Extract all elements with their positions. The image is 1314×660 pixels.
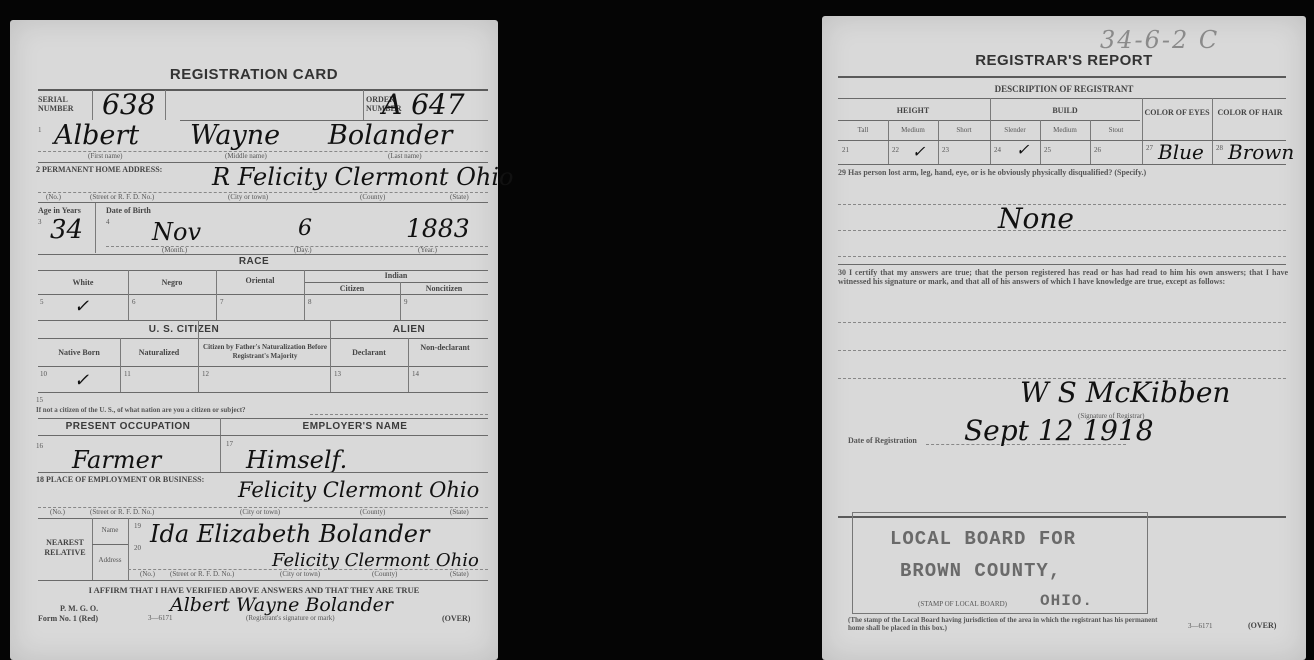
caption: (No.) <box>50 508 65 516</box>
divider <box>92 544 128 545</box>
race-indian-citizen-label: Citizen <box>304 284 400 293</box>
relative-name-label: Name <box>92 526 128 534</box>
field-number: 19 <box>134 522 141 530</box>
race-white-label: White <box>38 278 128 287</box>
native-born-label: Native Born <box>38 348 120 357</box>
serial-number-label: SERIAL NUMBER <box>38 95 86 113</box>
divider <box>128 270 129 320</box>
caption: (Month.) <box>162 246 187 254</box>
divider <box>38 392 488 393</box>
height-medium-checkmark: ✓ <box>912 142 925 161</box>
field-number: 16 <box>36 442 43 450</box>
first-name: Albert <box>54 120 139 151</box>
field-number: 22 <box>892 146 899 154</box>
divider <box>38 580 488 581</box>
divider <box>120 338 121 392</box>
nation-question: If not a citizen of the U. S., of what n… <box>36 406 246 414</box>
order-number-value: A 647 <box>382 88 465 121</box>
divider <box>198 320 199 392</box>
registration-number-stamp: 34-6-2 C <box>1100 26 1219 54</box>
occupation-value: Farmer <box>72 446 161 474</box>
divider <box>216 270 217 320</box>
divider <box>38 202 488 203</box>
divider <box>838 322 1286 323</box>
registration-card-front: REGISTRATION CARD SERIAL NUMBER 638 ORDE… <box>10 20 498 660</box>
divider <box>838 120 1140 121</box>
age-label: Age in Years <box>38 206 81 215</box>
divider <box>838 140 1286 141</box>
height-medium-label: Medium <box>888 126 938 134</box>
alien-heading: ALIEN <box>330 324 488 335</box>
caption: (City or town) <box>240 508 280 516</box>
registrant-signature: Albert Wayne Bolander <box>170 594 393 616</box>
divider <box>304 270 305 320</box>
divider <box>38 418 488 419</box>
height-heading: HEIGHT <box>838 106 988 115</box>
stamp-instructions: (The stamp of the Local Board having jur… <box>848 616 1158 632</box>
birth-year: 1883 <box>406 214 470 243</box>
physical-disqualification-question: 29 Has person lost arm, leg, hand, eye, … <box>838 168 1288 178</box>
first-name-caption: (First name) <box>88 152 122 160</box>
field-number: 28 <box>1216 144 1223 152</box>
build-medium-label: Medium <box>1040 126 1090 134</box>
race-oriental-label: Oriental <box>216 276 304 285</box>
employer-value: Himself. <box>246 446 347 474</box>
divider <box>38 254 488 255</box>
middle-name: Wayne <box>190 120 280 151</box>
caption: (Street or R. F. D. No.) <box>90 508 154 516</box>
caption: (City or town) <box>228 193 268 201</box>
place-of-employment-value: Felicity Clermont Ohio <box>238 478 479 502</box>
divider <box>408 338 409 392</box>
hair-color-value: Brown <box>1228 140 1294 164</box>
nearest-relative-label: NEAREST RELATIVE <box>38 538 92 558</box>
description-heading: DESCRIPTION OF REGISTRANT <box>822 84 1306 94</box>
field-number: 10 <box>40 370 47 378</box>
divider <box>38 472 488 473</box>
height-tall-label: Tall <box>838 126 888 134</box>
divider <box>38 518 488 519</box>
field-number: 26 <box>1094 146 1101 154</box>
field-number: 17 <box>226 440 233 448</box>
registration-date-value: Sept 12 1918 <box>964 414 1154 447</box>
hair-color-heading: COLOR OF HAIR <box>1214 108 1286 117</box>
field-number: 5 <box>40 298 44 306</box>
race-negro-label: Negro <box>128 278 216 287</box>
card-title: REGISTRATION CARD <box>10 66 498 83</box>
us-citizen-heading: U. S. CITIZEN <box>38 324 330 335</box>
birth-month: Nov <box>152 218 201 246</box>
divider <box>838 76 1286 78</box>
field-number: 24 <box>994 146 1001 154</box>
divider <box>165 90 166 120</box>
caption: (Year.) <box>418 246 437 254</box>
divider <box>128 518 129 580</box>
caption: (Day.) <box>294 246 312 254</box>
divider <box>838 230 1286 231</box>
divider <box>38 366 488 367</box>
stamp-caption: (STAMP OF LOCAL BOARD) <box>918 600 1007 608</box>
employer-heading: EMPLOYER'S NAME <box>222 421 488 432</box>
caption: (Street or R. F. D. No.) <box>170 570 234 578</box>
divider <box>1212 98 1213 164</box>
form-line-2: Form No. 1 (Red) <box>38 614 98 623</box>
build-heading: BUILD <box>990 106 1140 115</box>
divider <box>220 418 221 472</box>
caption: (City or town) <box>280 570 320 578</box>
divider <box>330 320 331 392</box>
stamp-line-2: BROWN COUNTY, <box>900 560 1061 582</box>
divider <box>838 98 1286 99</box>
report-title: REGISTRAR'S REPORT <box>822 52 1306 69</box>
divider <box>95 203 96 253</box>
native-born-checkmark: ✓ <box>74 370 89 391</box>
field-number: 13 <box>334 370 341 378</box>
relative-address-value: Felicity Clermont Ohio <box>272 550 479 571</box>
middle-name-caption: (Middle name) <box>225 152 267 160</box>
registrars-report-back: 34-6-2 C REGISTRAR'S REPORT DESCRIPTION … <box>822 16 1306 660</box>
field-number: 6 <box>132 298 136 306</box>
stamp-line-3: OHIO. <box>1040 592 1093 610</box>
relative-address-label: Address <box>92 556 128 564</box>
field-number: 14 <box>412 370 419 378</box>
race-heading: RACE <box>10 256 498 267</box>
place-of-employment-label: 18 PLACE OF EMPLOYMENT OR BUSINESS: <box>36 475 204 484</box>
divider <box>304 282 488 283</box>
age-value: 34 <box>50 215 83 245</box>
divider <box>38 338 488 339</box>
field-number: 23 <box>942 146 949 154</box>
form-line-1: P. M. G. O. <box>60 604 98 613</box>
caption: (No.) <box>46 193 61 201</box>
non-declarant-label: Non-declarant <box>420 343 470 352</box>
registrar-signature: W S McKibben <box>1020 376 1230 409</box>
occupation-heading: PRESENT OCCUPATION <box>38 421 218 432</box>
signature-caption: (Registrant's signature or mark) <box>246 614 335 622</box>
date-of-birth-label: Date of Birth <box>106 206 151 215</box>
field-number: 3 <box>38 218 42 226</box>
caption: (Street or R. F. D. No.) <box>90 193 154 201</box>
field-number: 4 <box>106 218 110 226</box>
home-address-label: 2 PERMANENT HOME ADDRESS: <box>36 165 162 174</box>
naturalized-label: Naturalized <box>120 348 198 357</box>
build-slender-label: Slender <box>990 126 1040 134</box>
field-number: 25 <box>1044 146 1051 154</box>
divider <box>838 350 1286 351</box>
last-name-caption: (Last name) <box>388 152 422 160</box>
divider <box>92 90 93 120</box>
divider <box>400 282 401 320</box>
divider <box>838 256 1286 257</box>
caption: (State) <box>450 508 469 516</box>
field-number: 21 <box>842 146 849 154</box>
last-name: Bolander <box>328 120 452 151</box>
birth-day: 6 <box>298 216 312 241</box>
race-indian-noncitizen-label: Noncitizen <box>400 284 488 293</box>
over-label: (OVER) <box>1248 621 1276 630</box>
divider <box>38 294 488 295</box>
divider <box>1142 98 1143 164</box>
form-code: 3—6171 <box>148 614 173 622</box>
divider <box>38 435 488 436</box>
home-address-value: R Felicity Clermont Ohio <box>212 163 513 191</box>
over-label: (OVER) <box>442 614 470 623</box>
field-number: 20 <box>134 544 141 552</box>
field-number: 7 <box>220 298 224 306</box>
relative-name-value: Ida Elizabeth Bolander <box>150 520 429 548</box>
divider <box>838 264 1286 265</box>
field-number: 8 <box>308 298 312 306</box>
caption: (No.) <box>140 570 155 578</box>
stamp-line-1: LOCAL BOARD FOR <box>890 528 1076 550</box>
divider <box>363 90 364 120</box>
field-number: 27 <box>1146 144 1153 152</box>
field-number: 12 <box>202 370 209 378</box>
citizen-by-father-label: Citizen by Father's Naturalization Befor… <box>200 343 330 361</box>
field-number: 15 <box>36 396 43 404</box>
declarant-label: Declarant <box>332 348 406 357</box>
field-number: 9 <box>404 298 408 306</box>
eye-color-heading: COLOR OF EYES <box>1144 108 1210 117</box>
eye-color-value: Blue <box>1158 140 1204 164</box>
caption: (State) <box>450 193 469 201</box>
field-number: 11 <box>124 370 131 378</box>
divider <box>838 164 1286 165</box>
indian-heading: Indian <box>304 271 488 280</box>
divider <box>38 320 488 321</box>
height-short-label: Short <box>938 126 990 134</box>
field-number: 1 <box>38 126 42 134</box>
caption: (County) <box>360 508 385 516</box>
divider <box>310 414 488 415</box>
caption: (State) <box>450 570 469 578</box>
race-white-checkmark: ✓ <box>74 296 89 317</box>
build-slender-checkmark: ✓ <box>1016 140 1029 159</box>
form-code: 3—6171 <box>1188 622 1213 630</box>
build-stout-label: Stout <box>1090 126 1142 134</box>
caption: (County) <box>372 570 397 578</box>
serial-number-value: 638 <box>102 88 155 121</box>
caption: (County) <box>360 193 385 201</box>
registrar-certification-text: 30 I certify that my answers are true; t… <box>838 268 1288 286</box>
registration-date-label: Date of Registration <box>848 436 917 445</box>
